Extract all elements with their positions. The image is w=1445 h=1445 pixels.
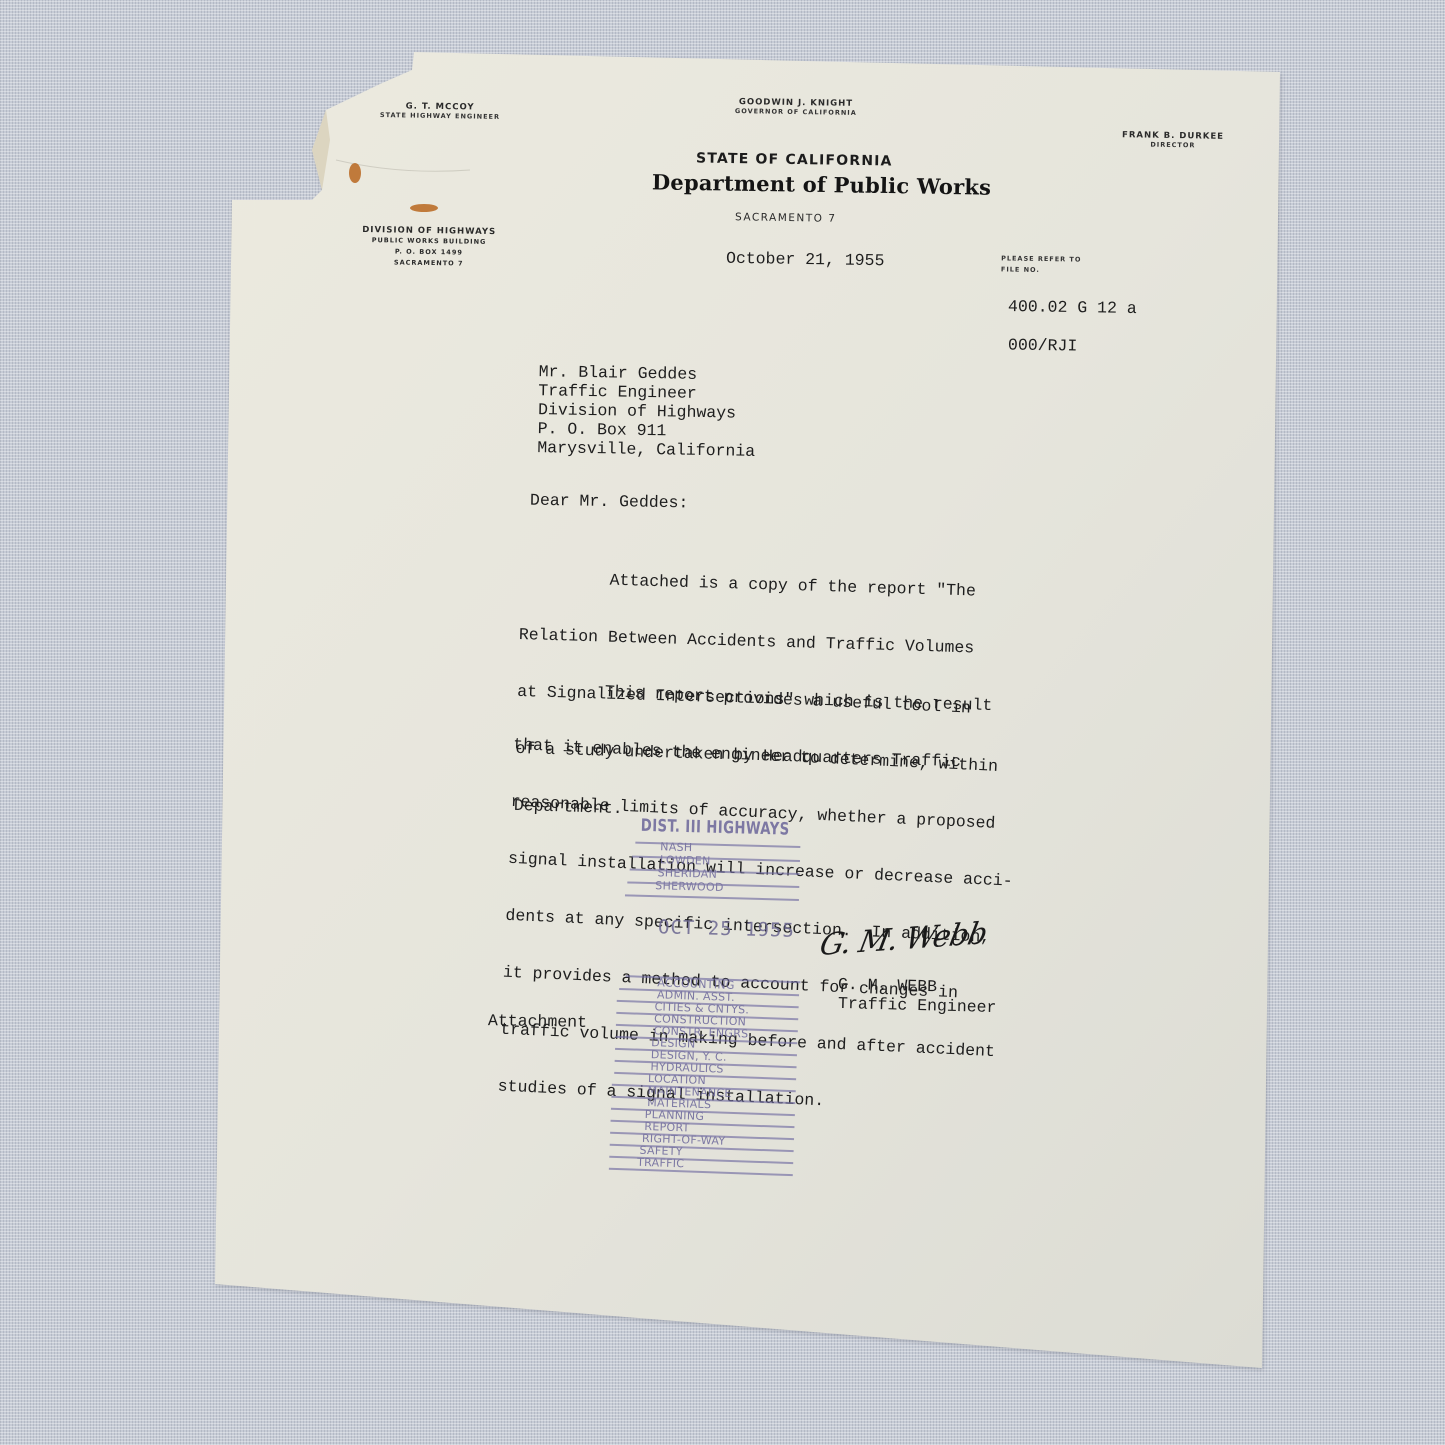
department-name: Department of Public Works xyxy=(652,169,992,199)
rust-stain xyxy=(410,204,438,212)
file-number: 400.02 G 12 a xyxy=(1008,297,1137,318)
signer-name: G. M. WEBB xyxy=(838,975,937,997)
letter-date: October 21, 1955 xyxy=(726,249,885,270)
recipient-address: Mr. Blair Geddes Traffic Engineer Divisi… xyxy=(537,362,756,461)
paragraph-line: that it enables the engineer to determin… xyxy=(513,735,1018,777)
paragraph-line: This report provides a useful tool in xyxy=(515,678,1020,720)
routing-stamp-header: DIST. III HIGHWAYS xyxy=(641,816,774,839)
department-item: TRAFFIC xyxy=(637,1156,685,1171)
routing-stamp: DIST. III HIGHWAYS NASH LOWDEN SHERIDAN … xyxy=(639,816,811,900)
routing-name: SHERWOOD xyxy=(655,879,724,894)
attachment-label: Attachment xyxy=(488,1011,587,1032)
state-name: STATE OF CALIFORNIA xyxy=(696,150,893,169)
right-official: Frank B. Durkee Director xyxy=(1122,130,1224,150)
right-official-title: Director xyxy=(1122,140,1224,150)
refer-label-line: File No. xyxy=(1001,264,1081,276)
routing-name: NASH xyxy=(660,840,693,854)
department-city: SACRAMENTO 7 xyxy=(735,211,837,225)
routing-name: LOWDEN xyxy=(660,853,711,867)
received-date-stamp: OCT 25 1955 xyxy=(658,916,795,942)
file-reference: 000/RJI xyxy=(1008,335,1078,355)
department-stamp: ACCOUNTING ADMIN. ASST. CITIES & CNTYS. … xyxy=(608,973,800,1189)
center-official: Goodwin J. Knight Governor of California xyxy=(735,97,857,117)
rust-stain xyxy=(349,163,361,183)
paragraph-line: Attached is a copy of the report "The xyxy=(520,568,996,601)
file-refer-label: Please refer to File No. xyxy=(1001,253,1082,276)
division-line: Sacramento 7 xyxy=(362,257,496,270)
recipient-line: Marysville, California xyxy=(537,438,755,461)
salutation: Dear Mr. Geddes: xyxy=(530,491,689,513)
division-address: Division of Highways Public Works Buildi… xyxy=(362,225,497,270)
left-official: G. T. McCoy State Highway Engineer xyxy=(380,101,500,121)
